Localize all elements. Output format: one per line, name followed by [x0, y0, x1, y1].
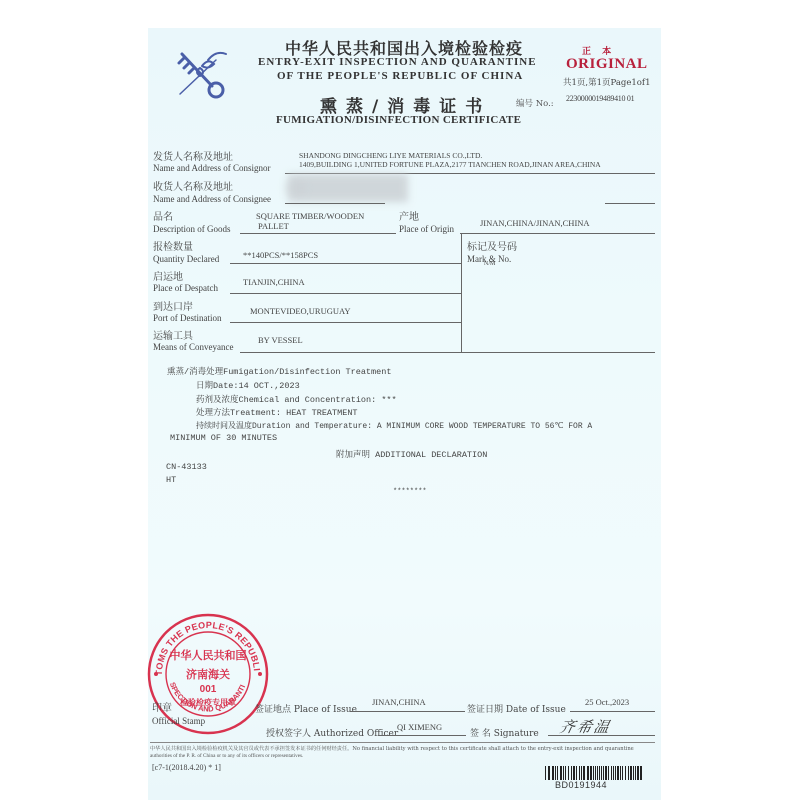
consignee-label-en: Name and Address of Consignee — [153, 194, 271, 204]
place-of-issue: JINAN,CHINA — [372, 697, 426, 707]
treatment-heading: 熏蒸/消毒处理Fumigation/Disinfection Treatment — [167, 365, 391, 377]
goods-description-line2: PALLET — [258, 221, 289, 231]
despatch-label-en: Place of Despatch — [153, 283, 218, 293]
declaration-line-2: HT — [166, 475, 176, 485]
disclaimer-line-1: 中华人民共和国出入境检验检疫机关及其官员或代表不承担签发本证书的任何财经责任。N… — [150, 745, 634, 752]
authority-name-en-line1: ENTRY-EXIT INSPECTION AND QUARANTINE — [258, 56, 537, 68]
conveyance-label-cn: 运输工具 — [153, 327, 193, 342]
treatment-method: 处理方法Treatment: HEAT TREATMENT — [196, 406, 358, 418]
svg-text:中华人民共和国: 中华人民共和国 — [170, 648, 247, 662]
treatment-duration-line2: MINIMUM OF 30 MINUTES — [170, 433, 277, 443]
certificate-number: 2230000019489410 01 — [566, 94, 634, 103]
form-code: [c7-1(2018.4.20) * 1] — [152, 763, 221, 772]
marks-value: N/M — [484, 261, 495, 267]
stamp-label-cn: 印章 — [152, 699, 172, 714]
signature: 齐希温 — [558, 716, 613, 737]
quantity-label-en: Quantity Declared — [153, 254, 219, 264]
quantity-declared: **140PCS/**158PCS — [243, 250, 318, 260]
place-of-issue-label: 签证地点 Place of Issue — [255, 702, 357, 715]
place-of-origin: JINAN,CHINA/JINAN,CHINA — [480, 218, 590, 228]
key-caduceus-emblem-icon — [172, 46, 234, 102]
destination-label-cn: 到达口岸 — [153, 298, 193, 313]
page-info: 共1页,第1页Page1of1 — [563, 76, 650, 88]
consignor-address: 1409,BUILDING 1,UNITED FORTUNE PLAZA,217… — [299, 160, 601, 169]
consignor-label-en: Name and Address of Consignor — [153, 163, 270, 173]
certificate-title-en: FUMIGATION/DISINFECTION CERTIFICATE — [276, 114, 521, 126]
date-of-issue-label: 签证日期 Date of Issue — [467, 702, 566, 715]
additional-declaration-heading: 附加声明 ADDITIONAL DECLARATION — [336, 448, 487, 460]
barcode-number: BD0191944 — [555, 780, 607, 790]
original-label-en: ORIGINAL — [566, 56, 648, 73]
declaration-end-mark: ******** — [393, 488, 427, 496]
destination-label-en: Port of Destination — [153, 313, 222, 323]
consignor-label-cn: 发货人名称及地址 — [153, 148, 233, 163]
place-of-despatch: TIANJIN,CHINA — [243, 277, 305, 287]
signature-label: 签 名 Signature — [470, 726, 539, 739]
svg-text:JINAN CUSTOMS THE PEOPLE'S REP: JINAN CUSTOMS THE PEOPLE'S REPUBLIC OF C… — [146, 612, 262, 676]
origin-label-en: Place of Origin — [399, 224, 454, 234]
date-of-issue: 25 Oct.,2023 — [585, 697, 629, 707]
stamp-label-en: Official Stamp — [152, 716, 205, 726]
consignee-label-cn: 收货人名称及地址 — [153, 178, 233, 193]
authority-name-en-line2: OF THE PEOPLE'S REPUBLIC OF CHINA — [277, 70, 523, 82]
goods-label-en: Description of Goods — [153, 224, 231, 234]
goods-label-cn: 品名 — [153, 208, 173, 223]
svg-text:济南海关: 济南海关 — [186, 667, 230, 681]
svg-text:001: 001 — [200, 684, 217, 695]
quantity-label-cn: 报检数量 — [153, 238, 193, 253]
consignor-name: SHANDONG DINGCHENG LIYE MATERIALS CO.,LT… — [299, 151, 482, 160]
despatch-label-cn: 启运地 — [153, 268, 183, 283]
treatment-chemical: 药剂及浓度Chemical and Concentration: *** — [196, 393, 397, 405]
means-of-conveyance: BY VESSEL — [258, 335, 303, 345]
redacted-consignee — [288, 174, 408, 202]
goods-description-line1: SQUARE TIMBER/WOODEN — [256, 211, 364, 221]
treatment-duration-line1: 持续时间及温度Duration and Temperature: A MINIM… — [196, 420, 592, 431]
authorized-officer-label: 授权签字人 Authorized Officer — [266, 726, 398, 739]
marks-label-cn: 标记及号码 — [467, 238, 517, 253]
port-of-destination: MONTEVIDEO,URUGUAY — [250, 306, 351, 316]
disclaimer-line-2: authorities of the P. R. of China or to … — [150, 753, 303, 759]
conveyance-label-en: Means of Conveyance — [153, 342, 233, 352]
authorized-officer: QI XIMENG — [397, 722, 442, 732]
treatment-date: 日期Date:14 OCT.,2023 — [196, 379, 300, 391]
origin-label-cn: 产地 — [399, 208, 419, 223]
declaration-line-1: CN-43133 — [166, 462, 207, 472]
svg-text:检验检疫专用章: 检验检疫专用章 — [180, 697, 236, 707]
barcode — [545, 766, 645, 780]
certificate-number-label: 编号 No.: — [516, 97, 554, 109]
